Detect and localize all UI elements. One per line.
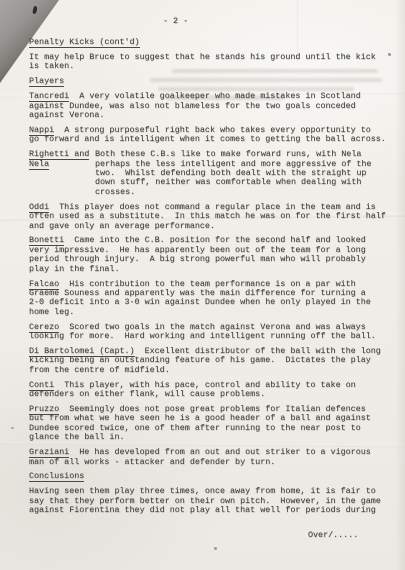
continuation-marker: Over/..... — [308, 531, 358, 540]
text-line: defenders on either flank, will cause pr… — [29, 390, 395, 399]
text-line: go forward and is intelligent when it co… — [29, 135, 395, 144]
player-entry: Oddi This player does not command a regu… — [29, 203, 395, 231]
paragraph: Having seen them play three times, once … — [29, 487, 395, 515]
page-number: - 2 - — [163, 17, 188, 26]
scanned-document-page: - 2 - Penalty Kicks (cont'd)It may help … — [0, 0, 405, 570]
paragraph: It may help Bruce to suggest that he sta… — [29, 53, 395, 72]
text-line: is taken. — [29, 62, 395, 71]
text-line: from the centre of midfield. — [29, 366, 395, 375]
section-heading: Penalty Kicks (cont'd) — [29, 38, 395, 47]
text-line: home leg. — [29, 308, 395, 317]
player-entry: Graziani He has developed from an out an… — [29, 448, 395, 467]
player-name: Nela — [29, 159, 49, 170]
text-line: 2-0 deficit into a 3-0 win against Dunde… — [29, 298, 395, 307]
ink-speck — [11, 427, 14, 429]
heading-underlined-text: Players — [29, 76, 64, 87]
player-entry: Cerezo Scored two goals in the match aga… — [29, 323, 395, 342]
player-name-column: Righetti andNela — [29, 150, 95, 197]
text-line: and gave only an average performance. — [29, 222, 395, 231]
text-line: play in the final. — [29, 265, 395, 274]
text-line: looking for more. Hard working and intel… — [29, 332, 395, 341]
player-entry: Di Bartolomei (Capt.) Excellent distribu… — [29, 347, 395, 375]
entry-text-column: Both these C.B.s like to make forward ru… — [95, 150, 395, 197]
player-entry: Nappi A strong purposeful right back who… — [29, 126, 395, 145]
heading-underlined-text: Penalty Kicks (cont'd) — [29, 37, 140, 48]
entry-text: He has developed from an out and out str… — [69, 447, 371, 457]
section-heading: Players — [29, 77, 395, 86]
text-line: crosses. — [95, 188, 395, 197]
entry-text: A very volatile goalkeeper who made mist… — [69, 91, 361, 101]
text-line: against Fiorentina they did not play all… — [29, 506, 395, 515]
player-entry: Falcao His contribution to the team perf… — [29, 280, 395, 318]
text-line: It may help Bruce to suggest that he sta… — [29, 53, 395, 62]
player-entry: Pruzzo Seemingly does not pose great pro… — [29, 405, 395, 443]
text-line: glance the ball in. — [29, 433, 395, 442]
text-line: Nela — [29, 160, 95, 169]
text-line: against Verona. — [29, 111, 395, 120]
page-edge-shading — [395, 0, 405, 570]
document-text: Penalty Kicks (cont'd)It may help Bruce … — [29, 38, 395, 521]
entry-text: Came into the C.B. position for the seco… — [64, 235, 366, 245]
player-entry: Conti This player, with his pace, contro… — [29, 381, 395, 400]
player-entry: Bonetti Came into the C.B. position for … — [29, 236, 395, 274]
text-line: man of all works - attacker and defender… — [29, 458, 395, 467]
player-entry-two-column: Righetti andNelaBoth these C.B.s like to… — [29, 150, 395, 197]
ink-speck — [214, 547, 217, 550]
heading-underlined-text: Conclusions — [29, 471, 84, 482]
text-line: down stuff, neither was comfortable when… — [95, 178, 395, 187]
section-heading: Conclusions — [29, 472, 395, 481]
player-entry: Tancredi A very volatile goalkeeper who … — [29, 92, 395, 120]
